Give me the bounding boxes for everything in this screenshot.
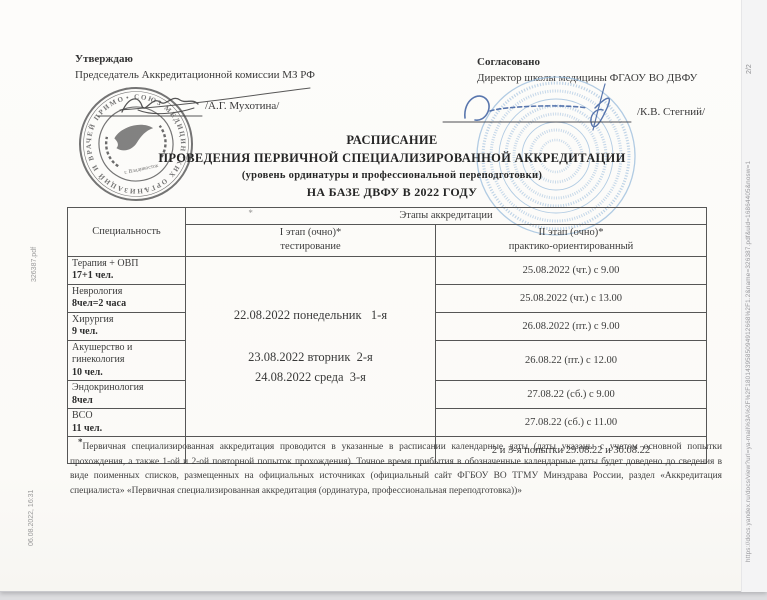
approve-left-role: Председатель Аккредитационной комиссии М… xyxy=(75,68,315,84)
signature-name-left: /А.Г. Мухотина/ xyxy=(205,100,279,112)
specialty-cell: Неврология 8чел=2 часа xyxy=(68,284,186,312)
scan-edge-strip: 2/2 https://docs.yandex.ru/docs/view?url… xyxy=(741,0,767,592)
approve-right-role: Директор школы медицины ФГАОУ ВО ДВФУ xyxy=(477,71,697,87)
approval-block-right: Согласовано Директор школы медицины ФГАО… xyxy=(477,55,697,87)
document-page: Утверждаю Председатель Аккредитационной … xyxy=(0,0,767,592)
header-specialty: Специальность xyxy=(68,208,186,257)
specialty-cell: Акушерство и гинекология 10 чел. xyxy=(68,340,186,381)
header-stages: * Этапы аккредитации xyxy=(186,208,707,225)
footnote: *Первичная специализированная аккредитац… xyxy=(70,436,722,498)
specialty-cell: ВСО 11 чел. xyxy=(68,409,186,437)
viewer-url: https://docs.yandex.ru/docs/view?url=ya-… xyxy=(745,161,752,562)
table-row: Терапия + ОВП 17+1 чел. 22.08.2022 понед… xyxy=(68,256,707,284)
stray-asterisk: * xyxy=(248,207,253,219)
approve-right-label: Согласовано xyxy=(477,55,697,71)
title-line-1: РАСПИСАНИЕ xyxy=(67,133,717,148)
stage1-merged-cell: 22.08.2022 понедельник 1-я 23.08.2022 вт… xyxy=(186,256,436,437)
stage2-date-cell: 25.08.2022 (чт.) с 9.00 xyxy=(436,256,707,284)
title-line-4: НА БАЗЕ ДВФУ В 2022 ГОДУ xyxy=(67,185,717,200)
signature-name-right: /К.В. Стегний/ xyxy=(637,106,705,118)
stage2-date-cell: 26.08.2022 (пт.) с 9.00 xyxy=(436,312,707,340)
document-title: РАСПИСАНИЕ ПРОВЕДЕНИЯ ПЕРВИЧНОЙ СПЕЦИАЛИ… xyxy=(67,133,717,200)
margin-filename: 326387.pdf xyxy=(31,247,38,282)
stage2-date-cell: 27.08.22 (сб.) с 9.00 xyxy=(436,381,707,409)
stage2-date-cell: 26.08.22 (пт.) с 12.00 xyxy=(436,340,707,381)
margin-timestamp: 06.08.2022, 16:31 xyxy=(28,490,35,546)
footnote-text: Первичная специализированная аккредитаци… xyxy=(70,442,722,496)
approval-block-left: Утверждаю Председатель Аккредитационной … xyxy=(75,52,315,84)
specialty-cell: Хирургия 9 чел. xyxy=(68,312,186,340)
page-indicator: 2/2 xyxy=(746,64,753,74)
specialty-cell: Терапия + ОВП 17+1 чел. xyxy=(68,256,186,284)
approve-left-label: Утверждаю xyxy=(75,52,315,68)
scanned-schedule-document: Утверждаю Председатель Аккредитационной … xyxy=(0,0,767,600)
stage2-date-cell: 25.08.2022 (чт.) с 13.00 xyxy=(436,284,707,312)
title-line-3: (уровень ординатуры и профессиональной п… xyxy=(67,170,717,181)
title-line-2: ПРОВЕДЕНИЯ ПЕРВИЧНОЙ СПЕЦИАЛИЗИРОВАННОЙ … xyxy=(67,151,717,166)
header-stage2: II этап (очно)* практико-ориентированный xyxy=(436,225,707,256)
stage2-date-cell: 27.08.22 (сб.) с 11.00 xyxy=(436,409,707,437)
header-stage1: I этап (очно)* тестирование xyxy=(186,225,436,256)
schedule-table: Специальность * Этапы аккредитации I эта… xyxy=(67,207,707,464)
specialty-cell: Эндокринология 8чел xyxy=(68,381,186,409)
